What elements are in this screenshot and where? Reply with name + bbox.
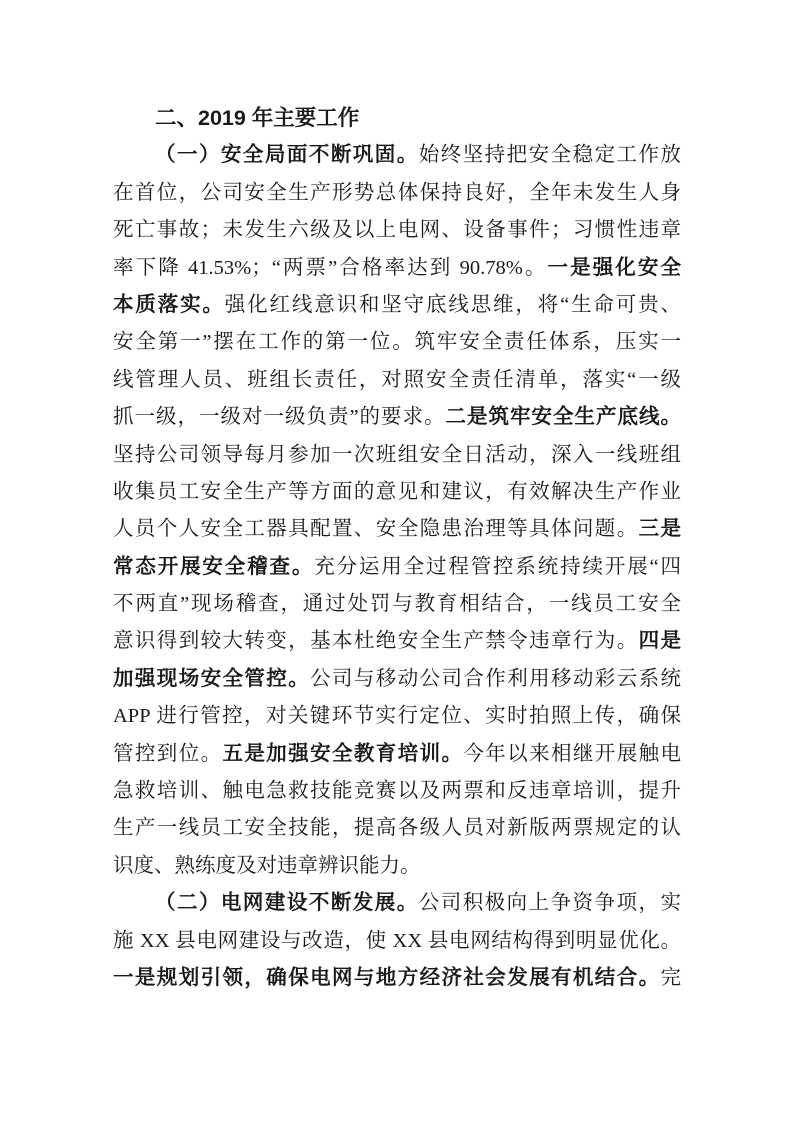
body-text-run: 今年以来相继开展触电 [463,743,681,765]
body-text-run: 在首位，公司安全生产形势总体保持良好，全年未发生人身 [113,182,681,204]
text-line: 抓一级，一级对一级负责”的要求。二是筑牢安全生产底线。 [113,399,681,436]
text-line: APP 进行管控，对关键环节实行定位、实时拍照上传，确保 [113,698,681,735]
text-line: 安全第一”摆在工作的第一位。筑牢安全责任体系，压实一 [113,324,681,361]
text-line: 在首位，公司安全生产形势总体保持良好，全年未发生人身 [113,175,681,212]
text-line: 人员个人安全工器具配置、安全隐患治理等具体问题。三是 [113,511,681,548]
body-text-run: 施 XX 县电网建设与改造，使 XX 县电网结构得到明显优化。 [113,930,681,952]
text-line: （二）电网建设不断发展。公司积极向上争资争项，实 [113,885,681,922]
text-line: 意识得到较大转变，基本杜绝安全生产禁令违章行为。四是 [113,623,681,660]
text-line: 收集员工安全生产等方面的意见和建议，有效解决生产作业 [113,474,681,511]
text-line: 急救培训、触电急救技能竞赛以及两票和反违章培训，提升 [113,773,681,810]
body-text-run: 强化红线意识和坚守底线思维，将“生命可贵、 [225,294,681,316]
bold-emphasis-run: 常态开展安全稽查。 [113,556,314,578]
body-text-run: 死亡事故；未发生六级及以上电网、设备事件；习惯性违章 [113,219,681,241]
text-line: 生产一线员工安全技能，提高各级人员对新版两票规定的认 [113,810,681,847]
section-heading: 二、2019 年主要工作 [113,100,681,137]
text-line: 率下降 41.53%；“两票”合格率达到 90.78%。一是强化安全 [113,250,681,287]
bold-emphasis-run: 本质落实。 [113,294,225,316]
body-text-run: 生产一线员工安全技能，提高各级人员对新版两票规定的认 [113,817,681,839]
body-text-run: 线管理人员、班组长责任，对照安全责任清单，落实“一级 [113,369,681,391]
body-text-run: 意识得到较大转变，基本杜绝安全生产禁令违章行为。 [113,630,639,652]
text-line: 死亡事故；未发生六级及以上电网、设备事件；习惯性违章 [113,212,681,249]
body-text-run: 公司与移动公司合作利用移动彩云系统 [310,668,681,690]
document-text-block: 二、2019 年主要工作（一）安全局面不断巩固。始终坚持把安全稳定工作放在首位，… [113,100,681,997]
text-line: 常态开展安全稽查。充分运用全过程管控系统持续开展“四 [113,549,681,586]
body-text-run: 识度、熟练度及对违章辨识能力。 [113,855,421,877]
body-text-run: APP 进行管控，对关键环节实行定位、实时拍照上传，确保 [113,705,681,727]
document-page: 二、2019 年主要工作（一）安全局面不断巩固。始终坚持把安全稳定工作放在首位，… [0,0,793,1122]
heading-text: 二、2019 年主要工作 [155,106,359,130]
bold-emphasis-run: 三是 [639,518,681,540]
paragraph-lead-run: （二）电网建设不断发展。 [155,892,419,914]
body-text-run: 人员个人安全工器具配置、安全隐患治理等具体问题。 [113,518,639,540]
bold-emphasis-run: 一是强化安全 [547,257,681,279]
text-line: 坚持公司领导每月参加一次班组安全日活动，深入一线班组 [113,437,681,474]
bold-emphasis-run: 五是加强安全教育培训。 [223,743,464,765]
bold-emphasis-run: 四是 [639,630,681,652]
text-line: 识度、熟练度及对违章辨识能力。 [113,848,681,885]
text-line: 施 XX 县电网建设与改造，使 XX 县电网结构得到明显优化。 [113,923,681,960]
body-text-run: 坚持公司领导每月参加一次班组安全日活动，深入一线班组 [113,444,681,466]
body-text-run: 管控到位。 [113,743,223,765]
body-text-run: 抓一级，一级对一级负责”的要求。 [113,406,446,428]
text-line: （一）安全局面不断巩固。始终坚持把安全稳定工作放 [113,137,681,174]
bold-emphasis-run: 二是筑牢安全生产底线。 [446,406,681,428]
body-text-run: 始终坚持把安全稳定工作放 [419,144,681,166]
body-text-run: 急救培训、触电急救技能竞赛以及两票和反违章培训，提升 [113,780,681,802]
text-line: 加强现场安全管控。公司与移动公司合作利用移动彩云系统 [113,661,681,698]
bold-emphasis-run: 加强现场安全管控。 [113,668,310,690]
body-text-run: 充分运用全过程管控系统持续开展“四 [314,556,681,578]
bold-emphasis-run: 一是规划引领，确保电网与地方经济社会发展有机结合。 [113,967,661,989]
text-line: 不两直”现场稽查，通过处罚与教育相结合，一线员工安全 [113,586,681,623]
body-text-run: 率下降 41.53%；“两票”合格率达到 90.78%。 [113,257,547,279]
body-text-run: 安全第一”摆在工作的第一位。筑牢安全责任体系，压实一 [113,331,681,353]
body-text-run: 完 [661,967,682,989]
body-text-run: 公司积极向上争资争项，实 [419,892,681,914]
paragraph-lead-run: （一）安全局面不断巩固。 [155,144,419,166]
text-line: 一是规划引领，确保电网与地方经济社会发展有机结合。完 [113,960,681,997]
body-text-run: 收集员工安全生产等方面的意见和建议，有效解决生产作业 [113,481,681,503]
body-text-run: 不两直”现场稽查，通过处罚与教育相结合，一线员工安全 [113,593,681,615]
text-line: 管控到位。五是加强安全教育培训。今年以来相继开展触电 [113,736,681,773]
text-line: 本质落实。强化红线意识和坚守底线思维，将“生命可贵、 [113,287,681,324]
text-line: 线管理人员、班组长责任，对照安全责任清单，落实“一级 [113,362,681,399]
